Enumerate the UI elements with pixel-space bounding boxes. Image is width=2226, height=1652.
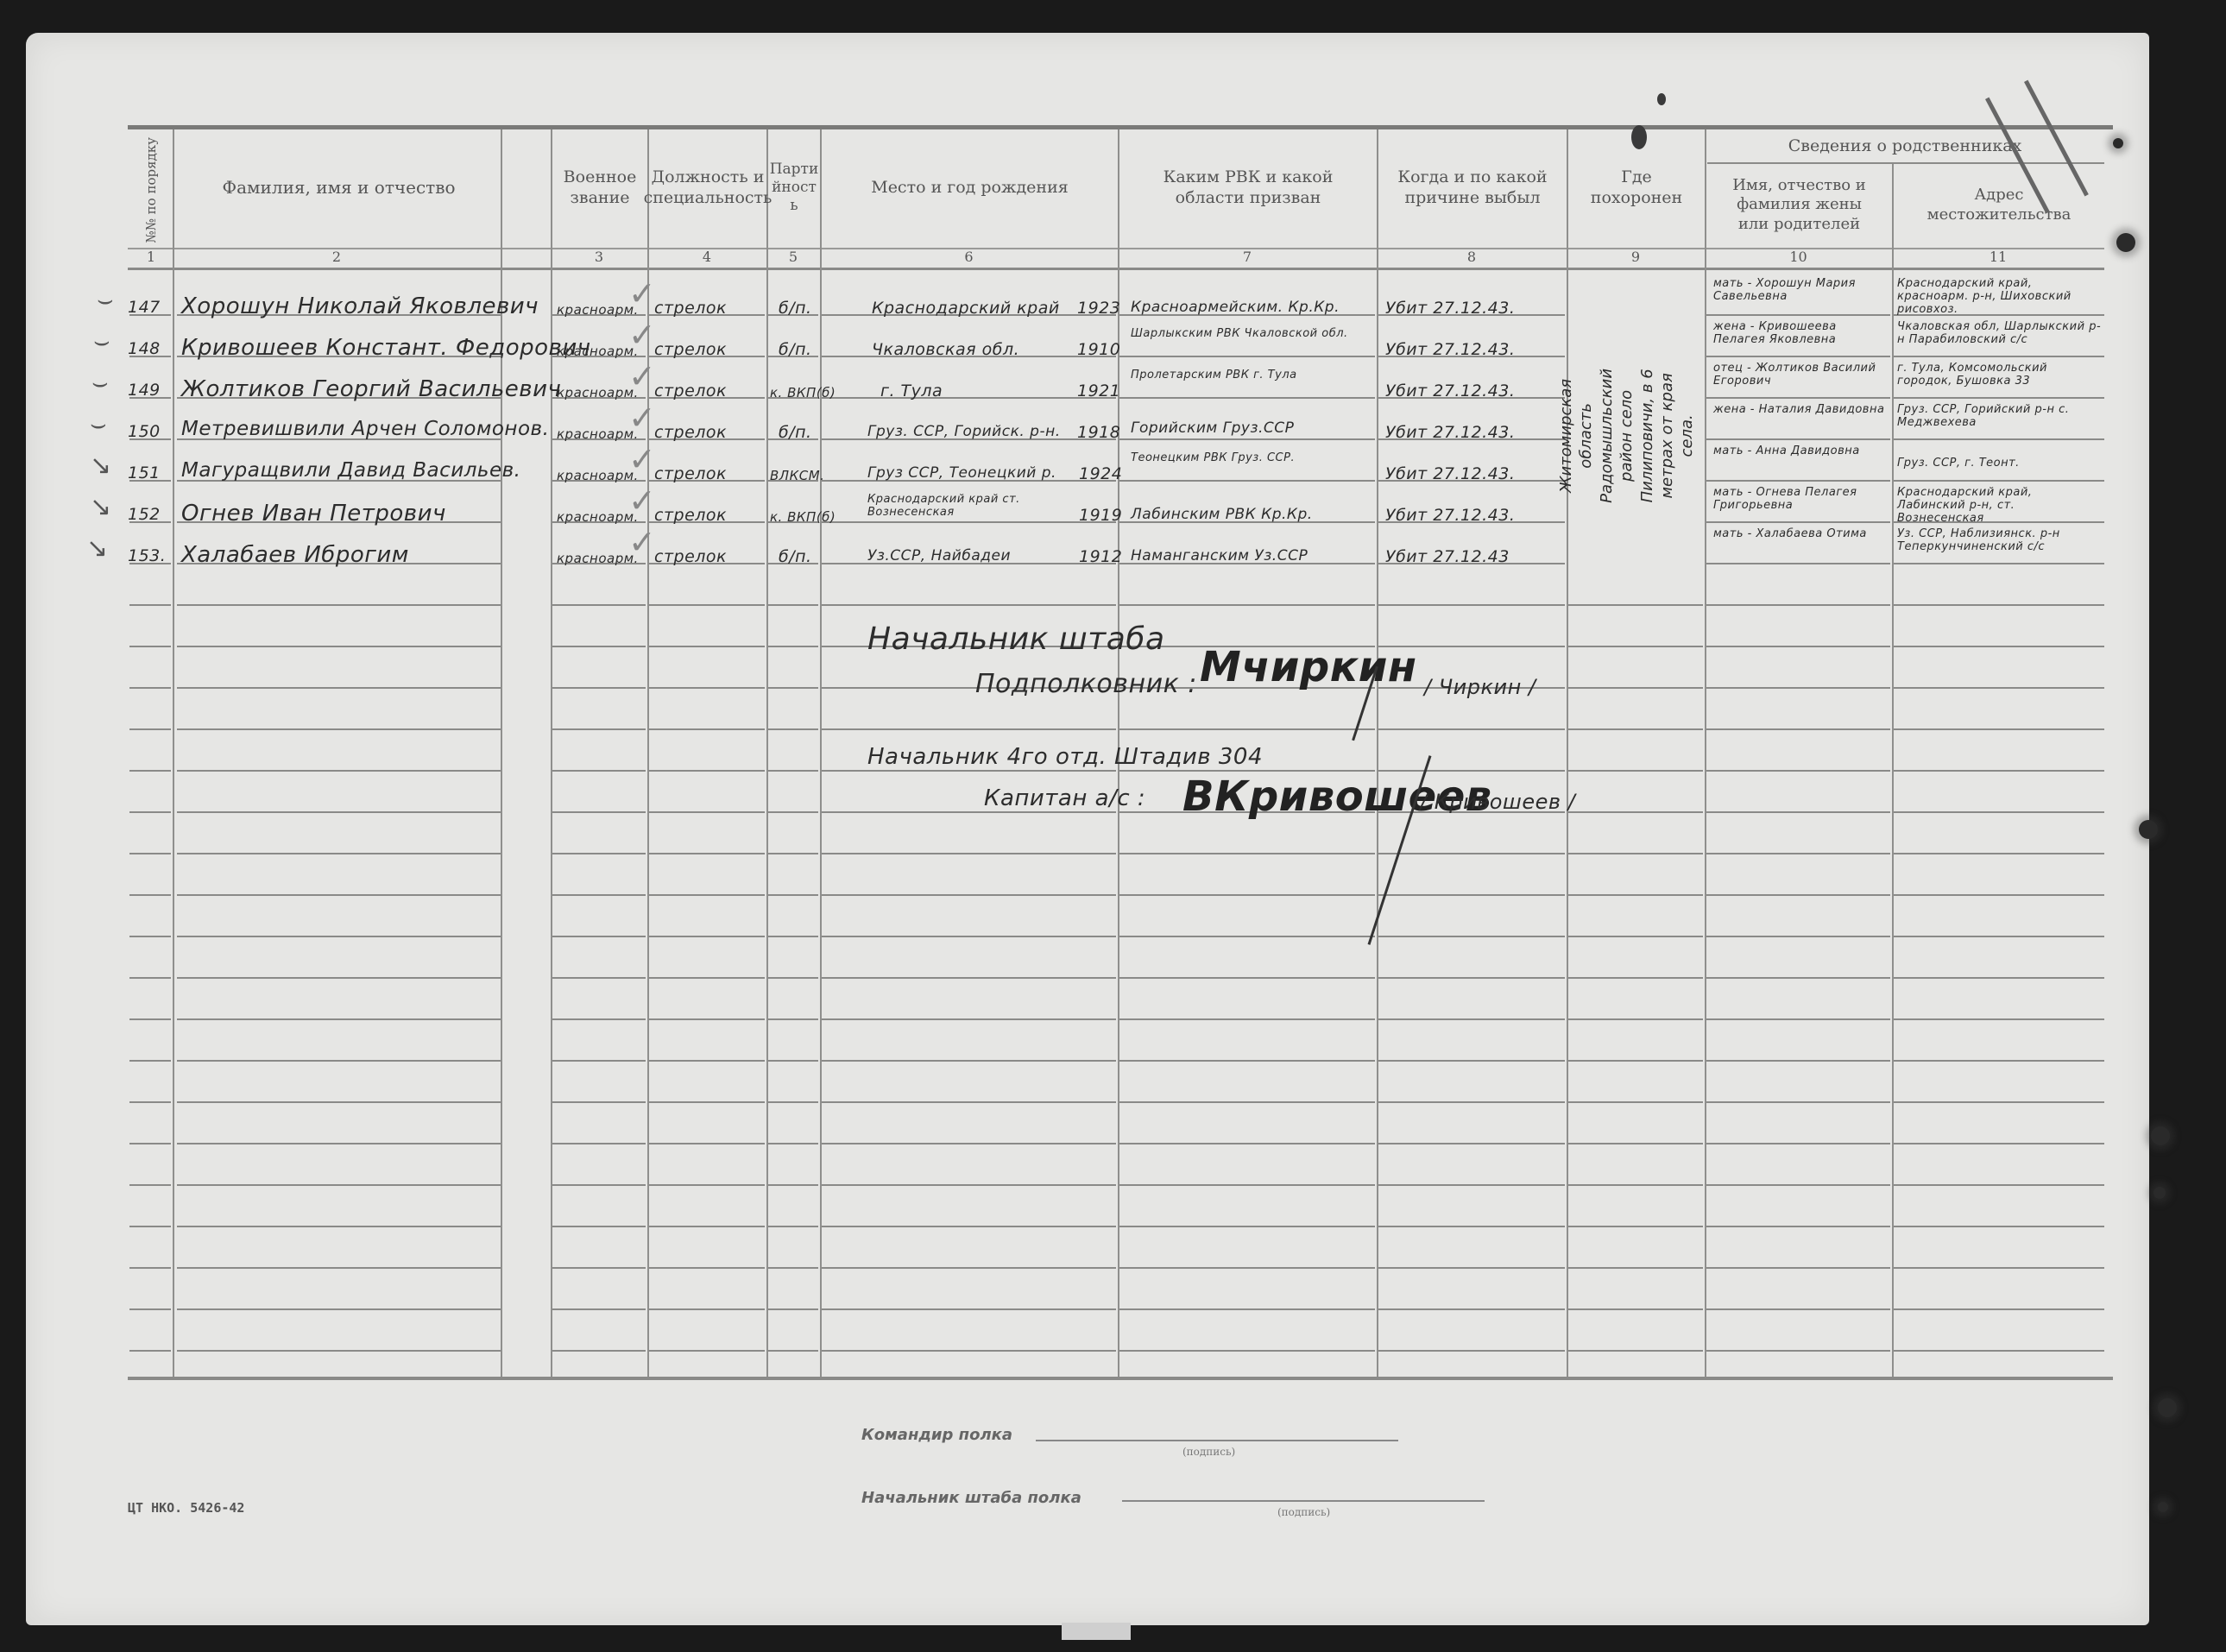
col-number: 7 (1118, 249, 1377, 268)
row-address: Груз. ССР, Горийский р-н с. Меджвехева (1897, 404, 2104, 430)
col-divider (820, 129, 822, 1377)
row-rvk: Теонецким РВК Груз. ССР. (1131, 452, 1372, 465)
row-line (768, 853, 818, 854)
row-line (768, 687, 818, 689)
row-line (129, 1184, 171, 1186)
row-line (1378, 1060, 1565, 1062)
row-line (768, 1184, 818, 1186)
row-line (1706, 356, 1890, 357)
header-col-7: Каким РВК и какой области призван (1119, 129, 1377, 246)
header-col-6: Место и год рождения (822, 129, 1118, 246)
row-line (1568, 1184, 1703, 1186)
row-line (1378, 604, 1565, 606)
col-number: 9 (1567, 249, 1705, 268)
row-line (649, 604, 765, 606)
row-line (1706, 894, 1890, 896)
row-party: б/п. (779, 299, 812, 318)
row-line (1119, 480, 1375, 482)
row-line (1894, 438, 2104, 440)
binder-hole (2158, 1502, 2168, 1512)
row-line (1894, 1060, 2104, 1062)
row-line (1894, 687, 2104, 689)
col-number: 10 (1705, 249, 1892, 268)
row-birthplace: Чкаловская обл. (872, 340, 1019, 359)
row-line (177, 770, 501, 772)
header-relatives-group: Сведения о родственниках (1706, 131, 2103, 162)
row-line (1378, 1143, 1565, 1144)
row-line (1894, 563, 2104, 564)
row-line (822, 1226, 1116, 1227)
row-line (1568, 646, 1703, 647)
row-line (1894, 604, 2104, 606)
row-birthplace: г. Тула (880, 381, 943, 400)
row-line (129, 1018, 171, 1020)
row-line (768, 1101, 818, 1103)
row-line (649, 646, 765, 647)
regiment-commander-signature-line[interactable] (1036, 1440, 1398, 1441)
row-line (1706, 563, 1890, 564)
row-line (552, 1101, 646, 1103)
row-line (768, 936, 818, 937)
margin-check-icon: ↘ (90, 451, 111, 481)
row-line (552, 977, 646, 979)
row-relative: жена - Наталия Давидовна (1713, 404, 1890, 417)
row-line (1119, 1226, 1375, 1227)
col-number: 4 (647, 249, 766, 268)
row-line (552, 604, 646, 606)
verify-check-icon: ✓ (628, 440, 656, 478)
row-line (129, 1143, 171, 1144)
row-birth-year: 1923 (1077, 299, 1120, 318)
row-line (129, 977, 171, 979)
row-line (822, 770, 1116, 772)
col-divider (766, 129, 768, 1377)
row-name: Хорошун Николай Яковлевич (181, 293, 539, 319)
col-number: 3 (551, 249, 647, 268)
row-line (1706, 977, 1890, 979)
row-birth-year: 1912 (1079, 547, 1122, 566)
row-line (649, 1226, 765, 1227)
row-line (177, 853, 501, 854)
row-line (1119, 1101, 1375, 1103)
row-line (768, 894, 818, 896)
row-line (822, 397, 1116, 399)
row-line (649, 977, 765, 979)
binder-hole (2153, 1187, 2166, 1199)
row-line (822, 1018, 1116, 1020)
col-number: 5 (766, 249, 820, 268)
row-line (129, 1350, 171, 1352)
row-line (768, 1226, 818, 1227)
row-line (1706, 1226, 1890, 1227)
row-line (177, 646, 501, 647)
row-line (1894, 1226, 2104, 1227)
row-line (1894, 1101, 2104, 1103)
row-line (552, 687, 646, 689)
row-line (1894, 397, 2104, 399)
row-line (129, 646, 171, 647)
row-relative: мать - Анна Давидовна (1713, 445, 1890, 458)
row-line (1894, 770, 2104, 772)
row-line (649, 1018, 765, 1020)
row-party: ВЛКСМ. (770, 468, 824, 483)
col-number: 2 (173, 249, 501, 268)
row-line (1568, 977, 1703, 979)
row-line (1119, 1143, 1375, 1144)
row-line (822, 1184, 1116, 1186)
row-line (1706, 314, 1890, 316)
row-birth-year: 1919 (1079, 506, 1122, 525)
row-line (1706, 397, 1890, 399)
row-line (768, 1060, 818, 1062)
header-col-3: Военное звание (552, 129, 647, 246)
chief-of-staff-title: Начальник штаба (867, 621, 1165, 657)
header-bottom-rule (128, 268, 2104, 270)
row-line (649, 687, 765, 689)
row-birthplace: Уз.ССР, Найбадеи (867, 547, 1011, 564)
header-col-5: Партийность (768, 129, 820, 246)
row-relative: отец - Жолтиков Василий Егорович (1713, 363, 1890, 388)
row-line (822, 521, 1116, 523)
row-number: 153. (128, 546, 166, 565)
header-col-8: Когда и по какой причине выбыл (1378, 129, 1567, 246)
row-line (1119, 1308, 1375, 1310)
row-position: стрелок (654, 547, 727, 566)
row-birth-year: 1924 (1079, 464, 1122, 483)
row-position: стрелок (654, 340, 727, 359)
header-col-11: Адрес местожительства (1894, 164, 2104, 246)
row-line (649, 1143, 765, 1144)
row-line (822, 1350, 1116, 1352)
row-rvk: Горийским Груз.ССР (1131, 419, 1294, 437)
row-line (768, 977, 818, 979)
row-rvk: Пролетарским РВК г. Тула (1131, 369, 1372, 382)
row-number: 152 (128, 505, 161, 524)
row-line (129, 604, 171, 606)
burial-place: Житомирская область Радомышльский район … (1562, 293, 1692, 578)
dept-chief-title: Начальник 4го отд. Штадив 304 (867, 744, 1263, 770)
row-line (822, 811, 1116, 813)
row-line (649, 853, 765, 854)
row-line (649, 1101, 765, 1103)
row-line (177, 894, 501, 896)
row-line (822, 1143, 1116, 1144)
row-address: Краснодарский край, красноарм. р-н, Шихо… (1897, 278, 2104, 317)
row-line (1568, 1060, 1703, 1062)
col-number: 1 (129, 249, 173, 268)
row-line (1378, 1350, 1565, 1352)
margin-check-icon: ⌣ (90, 409, 107, 439)
header-col-1: №№ по порядку (131, 138, 171, 242)
row-party: б/п. (779, 340, 812, 359)
row-line (768, 811, 818, 813)
row-line (1894, 1184, 2104, 1186)
row-rank: красноарм. (557, 344, 639, 359)
row-line (1706, 1308, 1890, 1310)
row-line (649, 1184, 765, 1186)
row-line (1894, 728, 2104, 730)
row-line (129, 1267, 171, 1269)
row-name: Жолтиков Георгий Васильевич (181, 376, 561, 402)
row-line (1378, 894, 1565, 896)
row-line (129, 770, 171, 772)
row-line (1119, 853, 1375, 854)
row-line (177, 1143, 501, 1144)
row-line (1706, 1184, 1890, 1186)
row-line (1568, 604, 1703, 606)
col-divider (1377, 129, 1378, 1377)
row-line (1894, 894, 2104, 896)
row-line (1568, 687, 1703, 689)
regiment-chief-signature-line[interactable] (1122, 1500, 1485, 1502)
row-line (129, 894, 171, 896)
row-line (1378, 936, 1565, 937)
row-line (822, 936, 1116, 937)
row-line (552, 770, 646, 772)
regiment-commander-label: Командир полка (861, 1426, 1012, 1444)
row-line (649, 894, 765, 896)
row-line (1706, 521, 1890, 523)
row-line (1894, 853, 2104, 854)
signature-caption: (подпись) (1277, 1506, 1330, 1518)
row-line (1706, 480, 1890, 482)
row-relative: жена - Кривошеева Пелагея Яковлевна (1713, 321, 1890, 347)
row-line (768, 604, 818, 606)
row-line (129, 1101, 171, 1103)
row-line (1568, 936, 1703, 937)
row-rvk: Красноармейским. Кр.Кр. (1131, 299, 1340, 316)
row-line (1706, 1267, 1890, 1269)
margin-check-icon: ⌣ (97, 285, 114, 315)
row-line (552, 936, 646, 937)
row-line (1568, 1018, 1703, 1020)
row-line (1568, 1267, 1703, 1269)
row-line (177, 811, 501, 813)
row-party: б/п. (779, 423, 812, 442)
row-party: к. ВКП(б) (770, 509, 836, 525)
row-line (552, 1226, 646, 1227)
row-line (1378, 1101, 1565, 1103)
row-line (1568, 894, 1703, 896)
binder-hole (2139, 820, 2158, 839)
regiment-chief-of-staff-label: Начальник штаба полка (861, 1489, 1081, 1507)
row-line (1378, 728, 1565, 730)
row-line (552, 1060, 646, 1062)
row-line (1706, 1101, 1890, 1103)
row-line (768, 1018, 818, 1020)
row-line (1706, 1018, 1890, 1020)
row-rank: красноарм. (557, 551, 639, 566)
row-line (768, 770, 818, 772)
row-line (1706, 438, 1890, 440)
row-number: 151 (128, 463, 161, 482)
row-line (177, 977, 501, 979)
row-line (649, 1308, 765, 1310)
row-line (768, 1267, 818, 1269)
row-line (177, 1101, 501, 1103)
row-relative: мать - Огнева Пелагея Григорьевна (1713, 487, 1890, 513)
row-birth-year: 1921 (1077, 381, 1120, 400)
row-position: стрелок (654, 381, 727, 400)
row-line (822, 853, 1116, 854)
row-line (129, 728, 171, 730)
row-name: Метревишвили Арчен Соломонов. (181, 418, 549, 440)
row-number: 149 (128, 381, 161, 400)
row-line (1119, 397, 1375, 399)
row-line (1568, 853, 1703, 854)
row-line (649, 770, 765, 772)
row-fate: Убит 27.12.43 (1385, 547, 1510, 566)
ink-blot (1657, 93, 1666, 105)
row-line (1119, 894, 1375, 896)
row-line (552, 1308, 646, 1310)
row-line (552, 894, 646, 896)
row-line (1706, 687, 1890, 689)
chief-of-staff-name: / Чиркин / (1424, 675, 1536, 699)
margin-check-icon: ↘ (86, 533, 108, 564)
row-line (129, 687, 171, 689)
row-line (1894, 1018, 2104, 1020)
row-number: 150 (128, 422, 161, 441)
row-line (1119, 1060, 1375, 1062)
row-line (552, 1184, 646, 1186)
row-rank: красноарм. (557, 385, 639, 400)
row-rvk: Лабинским РВК Кр.Кр. (1131, 506, 1313, 523)
row-line (1378, 853, 1565, 854)
row-line (1706, 936, 1890, 937)
row-line (1706, 853, 1890, 854)
row-line (1706, 1060, 1890, 1062)
col-number: 6 (820, 249, 1118, 268)
margin-check-icon: ⌣ (91, 368, 109, 398)
verify-check-icon: ✓ (628, 399, 656, 437)
row-number: 148 (128, 339, 161, 358)
row-line (1706, 811, 1890, 813)
col-divider (1705, 129, 1706, 1377)
row-line (822, 604, 1116, 606)
verify-check-icon: ✓ (628, 523, 656, 561)
row-line (822, 1308, 1116, 1310)
table-bottom-rule (128, 1377, 2113, 1380)
row-line (1119, 1350, 1375, 1352)
row-address: Уз. ССР, Наблизиянск. р-н Теперкунчиненс… (1897, 528, 2104, 554)
row-line (552, 1018, 646, 1020)
row-fate: Убит 27.12.43. (1385, 340, 1515, 359)
row-relative: мать - Халабаева Отима (1713, 528, 1890, 541)
row-line (1894, 1350, 2104, 1352)
row-line (1568, 1308, 1703, 1310)
row-line (822, 728, 1116, 730)
row-line (129, 1226, 171, 1227)
row-fate: Убит 27.12.43. (1385, 423, 1515, 442)
row-line (822, 1060, 1116, 1062)
row-line (552, 1350, 646, 1352)
row-name: Огнев Иван Петрович (181, 501, 446, 526)
row-birth-year: 1918 (1077, 423, 1120, 442)
row-line (768, 1350, 818, 1352)
signature-caption: (подпись) (1182, 1446, 1235, 1458)
row-line (1119, 728, 1375, 730)
row-line (1119, 356, 1375, 357)
row-line (1894, 936, 2104, 937)
row-address: Груз. ССР, г. Теонт. (1897, 457, 2104, 470)
row-line (1706, 728, 1890, 730)
col-number: 8 (1377, 249, 1567, 268)
row-line (1894, 1267, 2104, 1269)
row-line (1119, 936, 1375, 937)
form-code: ЦТ НКО. 5426-42 (128, 1500, 244, 1516)
row-name: Магуращвили Давид Васильев. (181, 459, 520, 482)
row-position: стрелок (654, 506, 727, 525)
chief-of-staff-signature: Мчиркин (1200, 643, 1417, 691)
row-birthplace: Груз. ССР, Горийск. р-н. (867, 423, 1061, 440)
row-line (552, 1267, 646, 1269)
row-line (822, 977, 1116, 979)
binder-hole (2158, 1398, 2177, 1417)
row-line (1119, 604, 1375, 606)
row-line (552, 853, 646, 854)
row-line (1568, 811, 1703, 813)
row-line (768, 1143, 818, 1144)
row-fate: Убит 27.12.43. (1385, 381, 1515, 400)
row-line (177, 1060, 501, 1062)
row-line (1568, 1101, 1703, 1103)
row-rvk: Наманганским Уз.ССР (1131, 547, 1308, 564)
row-rank: красноарм. (557, 302, 639, 318)
binder-hole (2113, 138, 2123, 148)
row-line (649, 936, 765, 937)
row-rvk: Шарлыкским РВК Чкаловской обл. (1131, 328, 1372, 341)
row-line (552, 728, 646, 730)
row-line (1894, 480, 2104, 482)
verify-check-icon: ✓ (628, 316, 656, 354)
row-birth-year: 1910 (1077, 340, 1120, 359)
row-line (649, 728, 765, 730)
row-line (1706, 646, 1890, 647)
row-line (129, 1060, 171, 1062)
row-line (129, 853, 171, 854)
row-line (1378, 1184, 1565, 1186)
row-line (1378, 977, 1565, 979)
row-line (649, 1060, 765, 1062)
row-line (1378, 1018, 1565, 1020)
row-line (1119, 438, 1375, 440)
row-line (177, 1350, 501, 1352)
verify-check-icon: ✓ (628, 357, 656, 395)
row-line (1119, 977, 1375, 979)
col-number: 11 (1892, 249, 2104, 268)
row-line (1378, 1308, 1565, 1310)
row-line (177, 1184, 501, 1186)
row-line (1378, 770, 1565, 772)
row-relative: мать - Хорошун Мария Савельевна (1713, 278, 1890, 304)
row-line (822, 894, 1116, 896)
row-line (129, 1308, 171, 1310)
row-rank: красноарм. (557, 509, 639, 525)
row-address: Чкаловская обл, Шарлыкский р-н Парабилов… (1897, 321, 2104, 347)
row-line (1568, 728, 1703, 730)
row-party: б/п. (779, 547, 812, 566)
row-line (649, 1267, 765, 1269)
row-line (1894, 646, 2104, 647)
row-line (1894, 977, 2104, 979)
row-line (177, 687, 501, 689)
header-col-2: Фамилия, имя и отчество (177, 129, 501, 246)
row-position: стрелок (654, 299, 727, 318)
row-line (768, 1308, 818, 1310)
verify-check-icon: ✓ (628, 274, 656, 312)
row-name: Кривошеев Констант. Федорович (181, 335, 591, 361)
